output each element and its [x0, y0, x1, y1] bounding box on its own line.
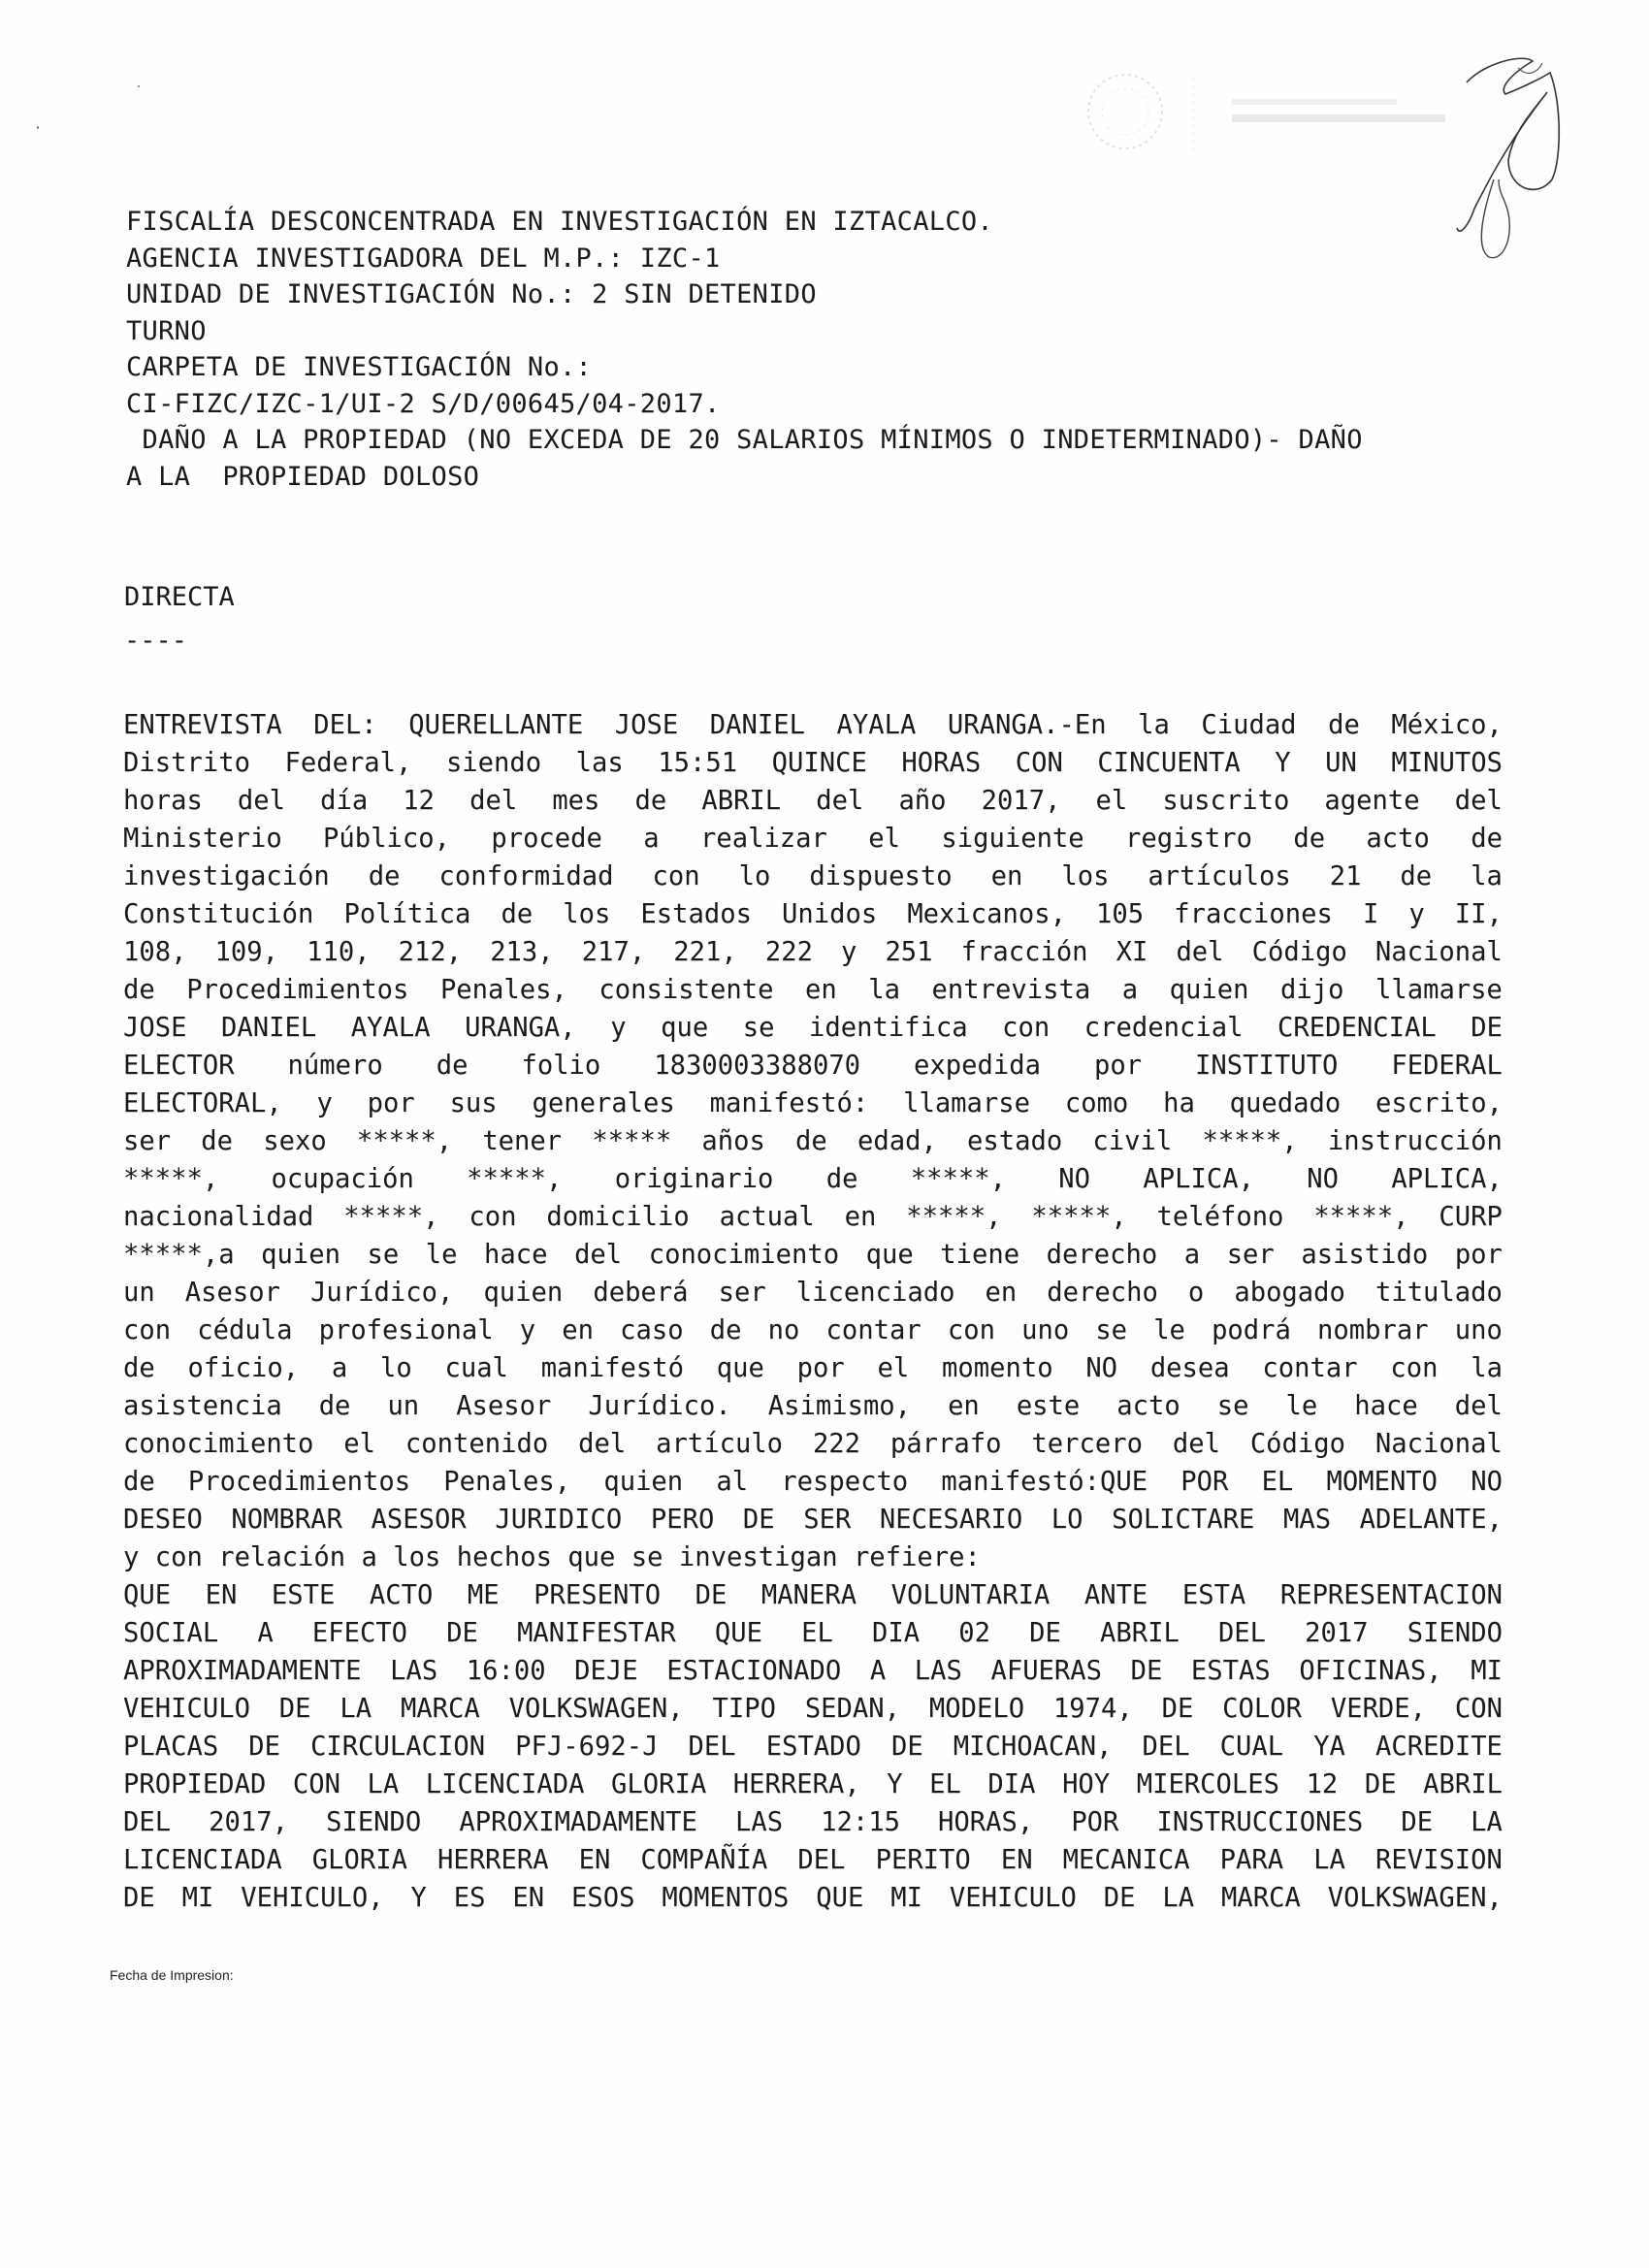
offense-description-cont: A LA PROPIEDAD DOLOSO [126, 459, 1363, 496]
body-line: DEMIVEHICULO,YESENESOSMOMENTOSQUEMIVEHIC… [123, 1879, 1503, 1917]
body-line: ELECTORAL,yporsusgeneralesmanifestó:llam… [123, 1085, 1503, 1122]
scan-speck [138, 85, 140, 87]
body-line: VEHICULODELAMARCAVOLKSWAGEN,TIPOSEDAN,MO… [123, 1690, 1503, 1728]
body-line: unAsesorJurídico,quiendeberáserlicenciad… [123, 1274, 1503, 1312]
body-line: deProcedimientosPenales,consistenteenlae… [123, 971, 1503, 1009]
body-line: deProcedimientosPenales,quienalrespectom… [123, 1463, 1503, 1501]
body-line: SOCIALAEFECTODEMANIFESTARQUEELDIA02DEABR… [123, 1614, 1503, 1652]
case-folder-number: CI-FIZC/IZC-1/UI-2 S/D/00645/04-2017. [126, 386, 1363, 423]
body-line: MinisterioPúblico,procedearealizarelsigu… [123, 820, 1503, 858]
print-date-label: Fecha de Impresion: [110, 1967, 234, 1983]
body-line: conocimientoelcontenidodelartículo222pár… [123, 1425, 1503, 1463]
section-label: DIRECTA [124, 582, 235, 612]
document-page: FISCALÍA DESCONCENTRADA EN INVESTIGACIÓN… [0, 0, 1649, 2268]
case-header: FISCALÍA DESCONCENTRADA EN INVESTIGACIÓN… [126, 204, 1363, 495]
body-line: horasdeldía12delmesdeABRILdelaño2017,els… [123, 782, 1503, 820]
body-line: APROXIMADAMENTELAS16:00DEJEESTACIONADOAL… [123, 1652, 1503, 1690]
body-line: JOSEDANIELAYALAURANGA,yqueseidentificaco… [123, 1009, 1503, 1047]
section-divider: ---- [124, 626, 187, 656]
body-line: y con relación a los hechos que se inves… [123, 1539, 1503, 1576]
body-line: PLACASDECIRCULACIONPFJ-692-JDELESTADODEM… [123, 1728, 1503, 1766]
body-line: ELECTORnúmerodefolio1830003388070expedid… [123, 1047, 1503, 1085]
interview-body-text: ENTREVISTADEL:QUERELLANTEJOSEDANIELAYALA… [123, 706, 1503, 1917]
body-line: DEL2017,SIENDOAPROXIMADAMENTELAS12:15HOR… [123, 1803, 1503, 1841]
body-line: ENTREVISTADEL:QUERELLANTEJOSEDANIELAYALA… [123, 706, 1503, 744]
shift-label: TURNO [126, 313, 1363, 350]
offense-description: DAÑO A LA PROPIEDAD (NO EXCEDA DE 20 SAL… [126, 422, 1363, 459]
signature-icon [1416, 44, 1562, 267]
body-line: serdesexo*****,tener*****añosdeedad,esta… [123, 1122, 1503, 1160]
body-line: *****,aquienselehacedelconocimientoqueti… [123, 1236, 1503, 1274]
investigation-unit: UNIDAD DE INVESTIGACIÓN No.: 2 SIN DETEN… [126, 276, 1363, 313]
scan-speck [37, 126, 39, 129]
body-line: *****,ocupación*****,originariode*****,N… [123, 1160, 1503, 1198]
official-seal-stamp-icon [1086, 58, 1455, 165]
body-line: LICENCIADAGLORIAHERRERAENCOMPAÑÍADELPERI… [123, 1841, 1503, 1879]
prosecutor-office-title: FISCALÍA DESCONCENTRADA EN INVESTIGACIÓN… [126, 204, 1363, 241]
body-line: DistritoFederal,siendolas15:51QUINCEHORA… [123, 744, 1503, 782]
body-line: PROPIEDADCONLALICENCIADAGLORIAHERRERA,YE… [123, 1766, 1503, 1803]
body-line: nacionalidad*****,condomicilioactualen**… [123, 1198, 1503, 1236]
body-line: ConstituciónPolíticadelosEstadosUnidosMe… [123, 895, 1503, 933]
body-line: investigacióndeconformidadconlodispuesto… [123, 858, 1503, 895]
body-line: deoficio,alocualmanifestóqueporelmomento… [123, 1349, 1503, 1387]
body-line: 108,109,110,212,213,217,221,222y251fracc… [123, 933, 1503, 971]
body-line: asistenciadeunAsesorJurídico.Asimismo,en… [123, 1387, 1503, 1425]
body-line: DESEONOMBRARASESORJURIDICOPERODESERNECES… [123, 1501, 1503, 1539]
case-folder-label: CARPETA DE INVESTIGACIÓN No.: [126, 349, 1363, 386]
body-line: QUEENESTEACTOMEPRESENTODEMANERAVOLUNTARI… [123, 1576, 1503, 1614]
investigative-agency: AGENCIA INVESTIGADORA DEL M.P.: IZC-1 [126, 241, 1363, 277]
body-line: concédulaprofesionalyencasodenocontarcon… [123, 1312, 1503, 1349]
